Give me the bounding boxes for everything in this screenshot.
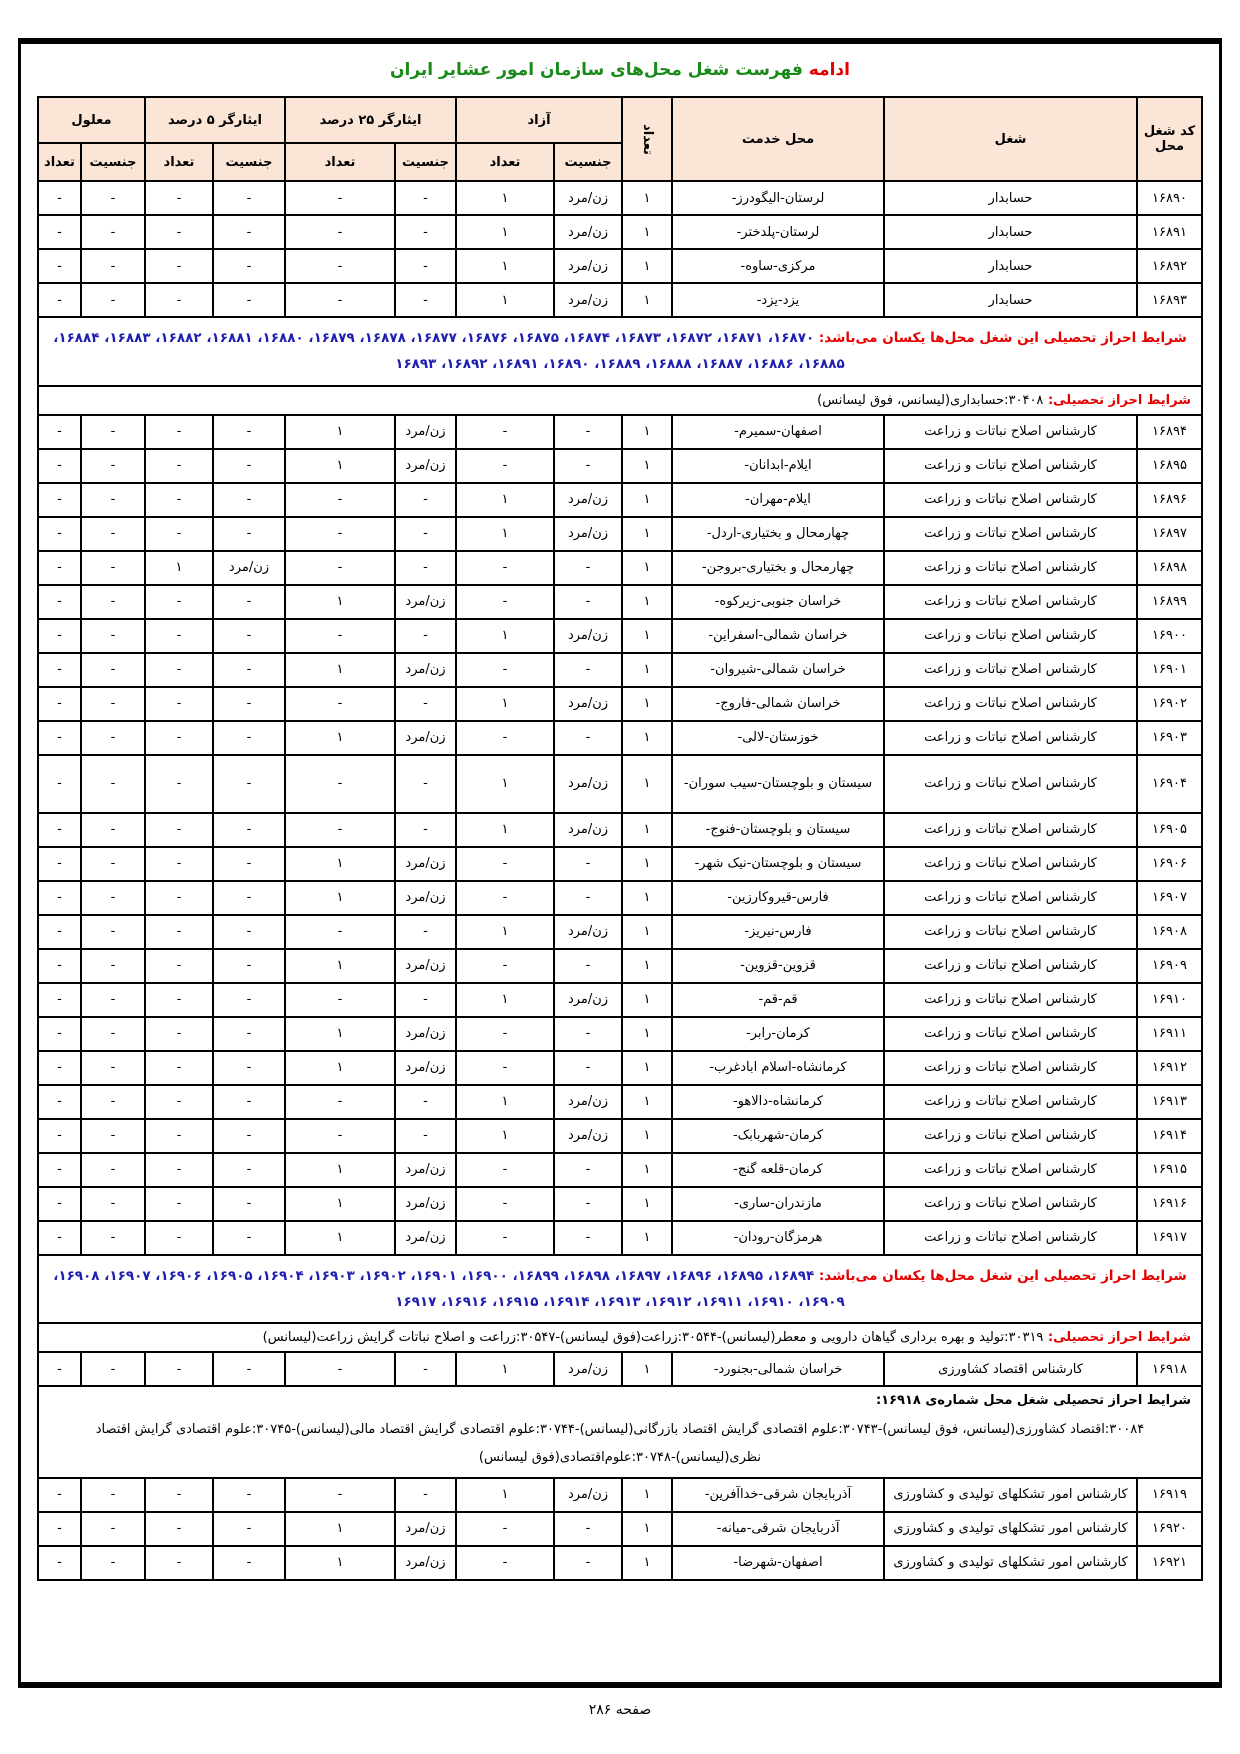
cell-free-count: ۱ <box>456 687 554 721</box>
cell-dis-gender: - <box>81 653 145 687</box>
table-body: ۱۶۸۹۰حسابدارلرستان-الیگودرز-۱زن/مرد۱----… <box>38 181 1202 1580</box>
note-label: شرایط احراز تحصیلی این شغل محل‌ها یکسان … <box>814 330 1187 346</box>
table-row: ۱۶۹۱۵کارشناس اصلاح نباتات و زراعتکرمان-ق… <box>38 1153 1202 1187</box>
cell-count: ۱ <box>622 847 672 881</box>
cell-q25-count: ۱ <box>285 415 395 449</box>
table-row: ۱۶۸۹۳حسابداریزد-یزد-۱زن/مرد۱------ <box>38 283 1202 317</box>
cell-q5-gender: - <box>213 449 285 483</box>
note-row: شرایط احراز تحصیلی این شغل محل‌ها یکسان … <box>38 1255 1202 1324</box>
page-title-rest: فهرست شغل محل‌های سازمان امور عشایر ایرا… <box>390 60 803 80</box>
cell-dis-gender: - <box>81 881 145 915</box>
cell-dis-count: - <box>38 551 81 585</box>
cell-q25-count: - <box>285 1352 395 1386</box>
cell-q25-gender: - <box>395 915 456 949</box>
cell-free-gender: - <box>554 847 622 881</box>
cell-q25-count: - <box>285 181 395 215</box>
cell-count: ۱ <box>622 1546 672 1580</box>
cell-dis-gender: - <box>81 585 145 619</box>
cell-free-gender: - <box>554 1017 622 1051</box>
note-label: شرایط احراز تحصیلی: <box>1043 393 1191 408</box>
cell-count: ۱ <box>622 517 672 551</box>
cell-q5-count: - <box>145 483 213 517</box>
cell-free-count: - <box>456 1017 554 1051</box>
cell-free-count: ۱ <box>456 983 554 1017</box>
cell-dis-gender: - <box>81 983 145 1017</box>
cell-q5-gender: - <box>213 1119 285 1153</box>
cell-free-count: - <box>456 881 554 915</box>
cell-dis-count: - <box>38 517 81 551</box>
cell-code: ۱۶۸۹۱ <box>1137 215 1202 249</box>
header-disabled-gender: جنسیت <box>81 143 145 181</box>
cell-q25-count: ۱ <box>285 449 395 483</box>
table-row: ۱۶۹۰۸کارشناس اصلاح نباتات و زراعتفارس-نی… <box>38 915 1202 949</box>
cell-free-count: - <box>456 1051 554 1085</box>
table-row: ۱۶۹۰۰کارشناس اصلاح نباتات و زراعتخراسان … <box>38 619 1202 653</box>
cell-q5-count: - <box>145 1221 213 1255</box>
cell-code: ۱۶۹۱۰ <box>1137 983 1202 1017</box>
cell-dis-gender: - <box>81 483 145 517</box>
cell-job: کارشناس امور تشکلهای تولیدی و کشاورزی <box>884 1512 1137 1546</box>
cell-free-count: ۱ <box>456 755 554 813</box>
cell-count: ۱ <box>622 249 672 283</box>
cell-q5-count: - <box>145 1352 213 1386</box>
cell-job: کارشناس اصلاح نباتات و زراعت <box>884 721 1137 755</box>
cell-job: کارشناس اصلاح نباتات و زراعت <box>884 881 1137 915</box>
cell-dis-gender: - <box>81 1153 145 1187</box>
header-group-quota25: ایثارگر ۲۵ درصد <box>285 97 456 143</box>
table-row: ۱۶۸۹۶کارشناس اصلاح نباتات و زراعتایلام-م… <box>38 483 1202 517</box>
cell-dis-count: - <box>38 619 81 653</box>
header-quota5-count: تعداد <box>145 143 213 181</box>
cell-location: قزوین-قزوین- <box>672 949 884 983</box>
cell-location: اصفهان-سمیرم- <box>672 415 884 449</box>
cell-free-count: - <box>456 1187 554 1221</box>
cell-location: خراسان شمالی-بجنورد- <box>672 1352 884 1386</box>
cell-dis-count: - <box>38 1478 81 1512</box>
cell-q25-count: ۱ <box>285 949 395 983</box>
cell-dis-gender: - <box>81 517 145 551</box>
cell-free-gender: زن/مرد <box>554 619 622 653</box>
cell-q5-gender: - <box>213 1051 285 1085</box>
cell-code: ۱۶۹۰۰ <box>1137 619 1202 653</box>
cell-q5-count: - <box>145 813 213 847</box>
cell-free-count: ۱ <box>456 1352 554 1386</box>
cell-code: ۱۶۹۱۴ <box>1137 1119 1202 1153</box>
cell-code: ۱۶۹۰۲ <box>1137 687 1202 721</box>
cell-dis-count: - <box>38 181 81 215</box>
cell-dis-gender: - <box>81 1546 145 1580</box>
note-code-list: ۱۶۸۹۴، ۱۶۸۹۵، ۱۶۸۹۶، ۱۶۸۹۷، ۱۶۸۹۸، ۱۶۸۹۹… <box>53 1268 845 1310</box>
cell-q5-gender: - <box>213 249 285 283</box>
note-education-text: ۳۰۰۸۴:اقتصاد کشاورزی(لیسانس، فوق لیسانس)… <box>49 1416 1191 1471</box>
cell-free-gender: - <box>554 1051 622 1085</box>
cell-dis-count: - <box>38 215 81 249</box>
cell-location: خراسان جنوبی-زیرکوه- <box>672 585 884 619</box>
cell-dis-gender: - <box>81 1017 145 1051</box>
table-row: ۱۶۸۹۷کارشناس اصلاح نباتات و زراعتچهارمحا… <box>38 517 1202 551</box>
cell-q25-count: - <box>285 483 395 517</box>
cell-q25-count: ۱ <box>285 1221 395 1255</box>
cell-q25-count: ۱ <box>285 653 395 687</box>
cell-job: کارشناس اصلاح نباتات و زراعت <box>884 1051 1137 1085</box>
cell-dis-gender: - <box>81 551 145 585</box>
table-row: ۱۶۹۱۱کارشناس اصلاح نباتات و زراعتکرمان-ر… <box>38 1017 1202 1051</box>
cell-q25-gender: زن/مرد <box>395 415 456 449</box>
cell-q25-count: ۱ <box>285 1546 395 1580</box>
cell-q5-gender: - <box>213 585 285 619</box>
cell-free-count: ۱ <box>456 1119 554 1153</box>
cell-free-count: - <box>456 449 554 483</box>
cell-q5-count: - <box>145 1051 213 1085</box>
cell-dis-gender: - <box>81 755 145 813</box>
cell-free-gender: - <box>554 415 622 449</box>
cell-dis-count: - <box>38 1017 81 1051</box>
cell-q5-gender: - <box>213 983 285 1017</box>
cell-q25-count: - <box>285 551 395 585</box>
table-row: ۱۶۹۱۴کارشناس اصلاح نباتات و زراعتکرمان-ش… <box>38 1119 1202 1153</box>
cell-count: ۱ <box>622 687 672 721</box>
cell-free-gender: زن/مرد <box>554 1478 622 1512</box>
cell-job: کارشناس اقتصاد کشاورزی <box>884 1352 1137 1386</box>
cell-q25-gender: زن/مرد <box>395 1221 456 1255</box>
header-free-count: تعداد <box>456 143 554 181</box>
cell-location: کرمانشاه-اسلام ابادغرب- <box>672 1051 884 1085</box>
table-row: ۱۶۹۲۰کارشناس امور تشکلهای تولیدی و کشاور… <box>38 1512 1202 1546</box>
cell-q5-count: - <box>145 283 213 317</box>
cell-q25-gender: زن/مرد <box>395 1051 456 1085</box>
cell-q25-gender: زن/مرد <box>395 1512 456 1546</box>
table-row: ۱۶۹۰۵کارشناس اصلاح نباتات و زراعتسیستان … <box>38 813 1202 847</box>
cell-location: فارس-قیروکارزین- <box>672 881 884 915</box>
table-row: ۱۶۹۰۷کارشناس اصلاح نباتات و زراعتفارس-قی… <box>38 881 1202 915</box>
cell-code: ۱۶۸۹۳ <box>1137 283 1202 317</box>
cell-job: کارشناس اصلاح نباتات و زراعت <box>884 517 1137 551</box>
cell-q25-gender: زن/مرد <box>395 721 456 755</box>
cell-q5-count: ۱ <box>145 551 213 585</box>
cell-free-gender: زن/مرد <box>554 249 622 283</box>
note-label: شرایط احراز تحصیلی این شغل محل‌ها یکسان … <box>814 1268 1187 1284</box>
cell-free-gender: زن/مرد <box>554 1352 622 1386</box>
cell-job: کارشناس امور تشکلهای تولیدی و کشاورزی <box>884 1546 1137 1580</box>
cell-location: قم-قم- <box>672 983 884 1017</box>
table-row: ۱۶۹۰۱کارشناس اصلاح نباتات و زراعتخراسان … <box>38 653 1202 687</box>
cell-dis-count: - <box>38 915 81 949</box>
cell-code: ۱۶۹۱۷ <box>1137 1221 1202 1255</box>
cell-job: کارشناس اصلاح نباتات و زراعت <box>884 415 1137 449</box>
cell-free-gender: زن/مرد <box>554 755 622 813</box>
cell-count: ۱ <box>622 283 672 317</box>
cell-job: کارشناس اصلاح نباتات و زراعت <box>884 483 1137 517</box>
cell-q5-count: - <box>145 415 213 449</box>
cell-dis-gender: - <box>81 181 145 215</box>
cell-q5-count: - <box>145 1119 213 1153</box>
cell-q25-count: - <box>285 983 395 1017</box>
cell-q25-gender: - <box>395 755 456 813</box>
cell-dis-gender: - <box>81 1187 145 1221</box>
cell-count: ۱ <box>622 1017 672 1051</box>
cell-location: چهارمحال و بختیاری-بروجن- <box>672 551 884 585</box>
page-title-prefix: ادامه <box>809 60 850 80</box>
table-row: ۱۶۸۹۰حسابدارلرستان-الیگودرز-۱زن/مرد۱----… <box>38 181 1202 215</box>
cell-q5-gender: - <box>213 721 285 755</box>
table-row: ۱۶۹۰۴کارشناس اصلاح نباتات و زراعتسیستان … <box>38 755 1202 813</box>
cell-count: ۱ <box>622 1153 672 1187</box>
header-group-quota5: ایثارگر ۵ درصد <box>145 97 285 143</box>
cell-free-gender: زن/مرد <box>554 215 622 249</box>
cell-count: ۱ <box>622 813 672 847</box>
cell-dis-count: - <box>38 847 81 881</box>
cell-job: کارشناس اصلاح نباتات و زراعت <box>884 949 1137 983</box>
cell-free-gender: زن/مرد <box>554 283 622 317</box>
cell-count: ۱ <box>622 551 672 585</box>
cell-dis-count: - <box>38 1512 81 1546</box>
cell-q25-count: - <box>285 755 395 813</box>
cell-dis-gender: - <box>81 1512 145 1546</box>
cell-q25-count: ۱ <box>285 1017 395 1051</box>
cell-count: ۱ <box>622 915 672 949</box>
cell-dis-gender: - <box>81 915 145 949</box>
table-row: ۱۶۹۱۳کارشناس اصلاح نباتات و زراعتکرمانشا… <box>38 1085 1202 1119</box>
cell-q5-gender: - <box>213 1478 285 1512</box>
cell-q5-gender: - <box>213 283 285 317</box>
cell-dis-gender: - <box>81 1051 145 1085</box>
cell-code: ۱۶۹۱۳ <box>1137 1085 1202 1119</box>
table-row: ۱۶۹۰۳کارشناس اصلاح نباتات و زراعتخوزستان… <box>38 721 1202 755</box>
cell-free-count: ۱ <box>456 283 554 317</box>
cell-q25-count: - <box>285 517 395 551</box>
cell-q5-gender: - <box>213 949 285 983</box>
cell-q25-gender: - <box>395 1119 456 1153</box>
cell-q5-count: - <box>145 1187 213 1221</box>
cell-q25-count: - <box>285 687 395 721</box>
header-group-disabled: معلول <box>38 97 145 143</box>
cell-q5-count: - <box>145 687 213 721</box>
cell-q5-count: - <box>145 881 213 915</box>
cell-free-count: ۱ <box>456 181 554 215</box>
cell-location: آذربایجان شرقی-خداآفرین- <box>672 1478 884 1512</box>
cell-dis-count: - <box>38 449 81 483</box>
cell-dis-gender: - <box>81 1221 145 1255</box>
table-row: ۱۶۸۹۹کارشناس اصلاح نباتات و زراعتخراسان … <box>38 585 1202 619</box>
cell-q25-gender: زن/مرد <box>395 653 456 687</box>
note-education-text: ۳۰۳۱۹:تولید و بهره برداری گیاهان دارویی … <box>263 1330 1044 1345</box>
cell-location: کرمان-قلعه گنج- <box>672 1153 884 1187</box>
table-row: ۱۶۹۱۷کارشناس اصلاح نباتات و زراعتهرمزگان… <box>38 1221 1202 1255</box>
note-code-list: ۱۶۸۷۰، ۱۶۸۷۱، ۱۶۸۷۲، ۱۶۸۷۳، ۱۶۸۷۴، ۱۶۸۷۵… <box>53 330 845 372</box>
cell-q25-gender: زن/مرد <box>395 449 456 483</box>
table-row: ۱۶۹۱۲کارشناس اصلاح نباتات و زراعتکرمانشا… <box>38 1051 1202 1085</box>
cell-q25-gender: زن/مرد <box>395 1187 456 1221</box>
cell-free-count: ۱ <box>456 915 554 949</box>
cell-job: کارشناس اصلاح نباتات و زراعت <box>884 449 1137 483</box>
cell-code: ۱۶۹۰۳ <box>1137 721 1202 755</box>
cell-count: ۱ <box>622 1119 672 1153</box>
cell-q5-gender: - <box>213 215 285 249</box>
cell-location: خراسان شمالی-فاروج- <box>672 687 884 721</box>
table-row: ۱۶۹۲۱کارشناس امور تشکلهای تولیدی و کشاور… <box>38 1546 1202 1580</box>
cell-free-gender: زن/مرد <box>554 517 622 551</box>
cell-location: کرمان-شهربابک- <box>672 1119 884 1153</box>
cell-free-count: - <box>456 1153 554 1187</box>
page-frame: ادامه فهرست شغل محل‌های سازمان امور عشای… <box>18 38 1222 1688</box>
cell-code: ۱۶۹۰۱ <box>1137 653 1202 687</box>
header-quota25-count: تعداد <box>285 143 395 181</box>
cell-free-count: - <box>456 1512 554 1546</box>
cell-q25-gender: - <box>395 1478 456 1512</box>
cell-q25-gender: - <box>395 551 456 585</box>
cell-q25-count: ۱ <box>285 881 395 915</box>
cell-q25-gender: زن/مرد <box>395 1546 456 1580</box>
cell-q25-count: ۱ <box>285 585 395 619</box>
cell-count: ۱ <box>622 1352 672 1386</box>
cell-q5-count: - <box>145 755 213 813</box>
header-code: کد شغل محل <box>1137 97 1202 181</box>
cell-q25-count: ۱ <box>285 1051 395 1085</box>
cell-q5-gender: - <box>213 1187 285 1221</box>
cell-code: ۱۶۸۹۲ <box>1137 249 1202 283</box>
cell-dis-count: - <box>38 585 81 619</box>
header-quota5-gender: جنسیت <box>213 143 285 181</box>
cell-location: ایلام-مهران- <box>672 483 884 517</box>
cell-q25-gender: زن/مرد <box>395 1017 456 1051</box>
cell-count: ۱ <box>622 755 672 813</box>
cell-job: کارشناس اصلاح نباتات و زراعت <box>884 687 1137 721</box>
cell-free-count: - <box>456 415 554 449</box>
cell-location: ایلام-ابدانان- <box>672 449 884 483</box>
cell-q5-gender: - <box>213 1085 285 1119</box>
cell-dis-gender: - <box>81 1478 145 1512</box>
cell-dis-count: - <box>38 755 81 813</box>
cell-job: حسابدار <box>884 283 1137 317</box>
cell-free-gender: زن/مرد <box>554 1085 622 1119</box>
cell-location: سیستان و بلوچستان-نیک شهر- <box>672 847 884 881</box>
cell-q5-gender: - <box>213 881 285 915</box>
header-quota25-gender: جنسیت <box>395 143 456 181</box>
cell-location: لرستان-الیگودرز- <box>672 181 884 215</box>
cell-location: فارس-نیریز- <box>672 915 884 949</box>
cell-location: کرمانشاه-دالاهو- <box>672 1085 884 1119</box>
cell-count: ۱ <box>622 1478 672 1512</box>
cell-job: کارشناس اصلاح نباتات و زراعت <box>884 1085 1137 1119</box>
cell-dis-gender: - <box>81 449 145 483</box>
note-row: شرایط احراز تحصیلی شغل محل شماره‌ی ۱۶۹۱۸… <box>38 1386 1202 1478</box>
cell-free-gender: - <box>554 585 622 619</box>
cell-dis-count: - <box>38 249 81 283</box>
cell-code: ۱۶۹۰۶ <box>1137 847 1202 881</box>
cell-free-count: ۱ <box>456 813 554 847</box>
cell-dis-count: - <box>38 721 81 755</box>
cell-dis-count: - <box>38 1546 81 1580</box>
cell-job: کارشناس اصلاح نباتات و زراعت <box>884 1119 1137 1153</box>
cell-q5-gender: - <box>213 181 285 215</box>
cell-code: ۱۶۹۲۱ <box>1137 1546 1202 1580</box>
cell-q25-count: ۱ <box>285 1153 395 1187</box>
cell-dis-gender: - <box>81 249 145 283</box>
cell-count: ۱ <box>622 215 672 249</box>
cell-free-gender: زن/مرد <box>554 915 622 949</box>
cell-job: کارشناس امور تشکلهای تولیدی و کشاورزی <box>884 1478 1137 1512</box>
table-header: کد شغل محل شغل محل خدمت تعداد آزاد ایثار… <box>38 97 1202 181</box>
cell-q5-gender: - <box>213 517 285 551</box>
note-label: شرایط احراز تحصیلی شغل محل شماره‌ی ۱۶۹۱۸… <box>49 1393 1191 1408</box>
cell-q25-gender: زن/مرد <box>395 949 456 983</box>
cell-q25-gender: - <box>395 1085 456 1119</box>
cell-free-gender: - <box>554 1512 622 1546</box>
cell-free-gender: زن/مرد <box>554 687 622 721</box>
cell-q25-count: - <box>285 619 395 653</box>
cell-q25-count: - <box>285 283 395 317</box>
cell-q25-gender: - <box>395 215 456 249</box>
cell-free-count: ۱ <box>456 517 554 551</box>
cell-q25-gender: - <box>395 687 456 721</box>
job-positions-table: کد شغل محل شغل محل خدمت تعداد آزاد ایثار… <box>37 96 1203 1581</box>
cell-free-gender: - <box>554 1221 622 1255</box>
cell-q5-gender: - <box>213 653 285 687</box>
cell-dis-count: - <box>38 1051 81 1085</box>
cell-q5-count: - <box>145 847 213 881</box>
cell-q5-gender: - <box>213 619 285 653</box>
cell-count: ۱ <box>622 1187 672 1221</box>
cell-location: مرکزی-ساوه- <box>672 249 884 283</box>
cell-count: ۱ <box>622 181 672 215</box>
cell-location: سیستان و بلوچستان-فنوج- <box>672 813 884 847</box>
cell-code: ۱۶۹۱۵ <box>1137 1153 1202 1187</box>
header-job: شغل <box>884 97 1137 181</box>
cell-q25-gender: - <box>395 813 456 847</box>
cell-code: ۱۶۹۱۲ <box>1137 1051 1202 1085</box>
cell-q25-count: ۱ <box>285 1512 395 1546</box>
table-row: ۱۶۹۱۶کارشناس اصلاح نباتات و زراعتمازندرا… <box>38 1187 1202 1221</box>
cell-count: ۱ <box>622 1051 672 1085</box>
cell-code: ۱۶۸۹۰ <box>1137 181 1202 215</box>
cell-free-count: - <box>456 653 554 687</box>
cell-free-count: - <box>456 585 554 619</box>
cell-q25-gender: زن/مرد <box>395 1153 456 1187</box>
cell-code: ۱۶۹۰۵ <box>1137 813 1202 847</box>
cell-q5-count: - <box>145 181 213 215</box>
cell-q5-gender: - <box>213 813 285 847</box>
cell-code: ۱۶۸۹۹ <box>1137 585 1202 619</box>
cell-free-gender: زن/مرد <box>554 483 622 517</box>
cell-dis-count: - <box>38 483 81 517</box>
cell-dis-count: - <box>38 1119 81 1153</box>
cell-q25-gender: - <box>395 249 456 283</box>
cell-code: ۱۶۸۹۷ <box>1137 517 1202 551</box>
cell-q5-count: - <box>145 449 213 483</box>
cell-free-count: ۱ <box>456 215 554 249</box>
cell-q5-count: - <box>145 585 213 619</box>
cell-q25-count: ۱ <box>285 1187 395 1221</box>
cell-code: ۱۶۹۲۰ <box>1137 1512 1202 1546</box>
cell-count: ۱ <box>622 483 672 517</box>
cell-dis-gender: - <box>81 215 145 249</box>
cell-count: ۱ <box>622 983 672 1017</box>
table-row: ۱۶۸۹۸کارشناس اصلاح نباتات و زراعتچهارمحا… <box>38 551 1202 585</box>
cell-q5-gender: - <box>213 755 285 813</box>
cell-q5-count: - <box>145 517 213 551</box>
cell-q5-count: - <box>145 249 213 283</box>
cell-q25-gender: - <box>395 181 456 215</box>
cell-count: ۱ <box>622 721 672 755</box>
cell-count: ۱ <box>622 949 672 983</box>
table-row: ۱۶۹۰۹کارشناس اصلاح نباتات و زراعتقزوین-ق… <box>38 949 1202 983</box>
table-row: ۱۶۹۱۹کارشناس امور تشکلهای تولیدی و کشاور… <box>38 1478 1202 1512</box>
cell-job: کارشناس اصلاح نباتات و زراعت <box>884 551 1137 585</box>
cell-job: کارشناس اصلاح نباتات و زراعت <box>884 1187 1137 1221</box>
cell-dis-gender: - <box>81 721 145 755</box>
cell-q5-gender: زن/مرد <box>213 551 285 585</box>
cell-count: ۱ <box>622 585 672 619</box>
